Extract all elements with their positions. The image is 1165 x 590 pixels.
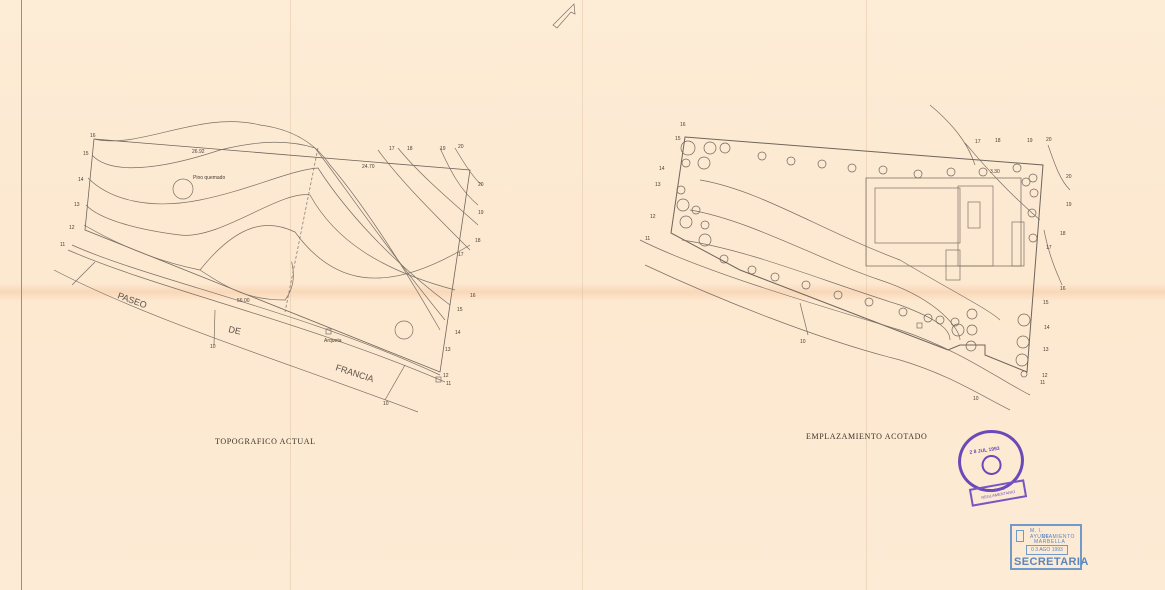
- svg-text:20: 20: [458, 144, 464, 150]
- svg-text:12: 12: [69, 225, 75, 231]
- svg-text:18: 18: [475, 238, 481, 244]
- svg-text:10: 10: [800, 339, 806, 345]
- svg-text:17: 17: [458, 252, 464, 258]
- svg-text:10: 10: [383, 401, 389, 407]
- north-arrow-icon: [553, 4, 575, 28]
- svg-text:14: 14: [455, 330, 461, 336]
- svg-text:24.70: 24.70: [362, 164, 375, 170]
- svg-text:13: 13: [1043, 347, 1049, 353]
- svg-text:18: 18: [995, 138, 1001, 144]
- svg-text:17: 17: [1046, 245, 1052, 251]
- seal-emblem-icon: [980, 454, 1003, 477]
- right-plan-title: EMPLAZAMIENTO ACOTADO: [806, 432, 927, 441]
- svg-text:16: 16: [470, 293, 476, 299]
- svg-text:12: 12: [650, 214, 656, 220]
- left-plan: [54, 122, 482, 412]
- svg-text:Pino quemado: Pino quemado: [193, 175, 225, 181]
- svg-text:3.30: 3.30: [990, 169, 1000, 175]
- svg-text:14: 14: [659, 166, 665, 172]
- svg-text:13: 13: [74, 202, 80, 208]
- svg-text:DE: DE: [228, 324, 242, 336]
- svg-text:15: 15: [675, 136, 681, 142]
- svg-text:26.92: 26.92: [192, 149, 205, 155]
- drawing-sheet: 16 15 14 13 12 11 17 18 19 20 20 19 18 1…: [0, 0, 1165, 590]
- svg-text:15: 15: [83, 151, 89, 157]
- svg-text:11: 11: [60, 242, 65, 248]
- svg-text:18: 18: [407, 146, 413, 152]
- svg-text:19: 19: [1066, 202, 1072, 208]
- coat-of-arms-icon: [1016, 530, 1024, 542]
- svg-text:16: 16: [1060, 286, 1066, 292]
- svg-text:12: 12: [443, 373, 449, 379]
- svg-text:13: 13: [655, 182, 661, 188]
- svg-text:FRANCIA: FRANCIA: [334, 362, 375, 384]
- svg-text:20: 20: [1066, 174, 1072, 180]
- svg-text:17: 17: [975, 139, 981, 145]
- svg-text:19: 19: [478, 210, 484, 216]
- svg-text:19: 19: [440, 146, 446, 152]
- svg-text:11: 11: [1040, 380, 1045, 386]
- svg-text:56.00: 56.00: [237, 298, 250, 304]
- svg-text:16: 16: [680, 122, 686, 128]
- svg-text:16: 16: [90, 133, 96, 139]
- svg-text:17: 17: [389, 146, 395, 152]
- svg-text:13: 13: [445, 347, 451, 353]
- svg-text:11: 11: [645, 236, 650, 242]
- svg-text:15: 15: [457, 307, 463, 313]
- svg-text:15: 15: [1043, 300, 1049, 306]
- svg-text:18: 18: [1060, 231, 1066, 237]
- svg-text:14: 14: [78, 177, 84, 183]
- svg-text:10: 10: [973, 396, 979, 402]
- svg-text:20: 20: [478, 182, 484, 188]
- svg-text:12: 12: [1042, 373, 1048, 379]
- svg-text:19: 19: [1027, 138, 1033, 144]
- svg-text:10: 10: [210, 344, 216, 350]
- secretaria-stamp: M. I. AYUNTAMIENTO DE MARBELLA 0 3 AGO 1…: [1010, 524, 1082, 570]
- svg-text:Arqueta: Arqueta: [324, 338, 342, 344]
- svg-text:20: 20: [1046, 137, 1052, 143]
- left-plan-title: TOPOGRAFICO ACTUAL: [215, 437, 316, 446]
- svg-text:PASEO: PASEO: [116, 290, 148, 310]
- svg-text:11: 11: [446, 381, 451, 387]
- right-plan: [640, 105, 1070, 410]
- svg-text:14: 14: [1044, 325, 1050, 331]
